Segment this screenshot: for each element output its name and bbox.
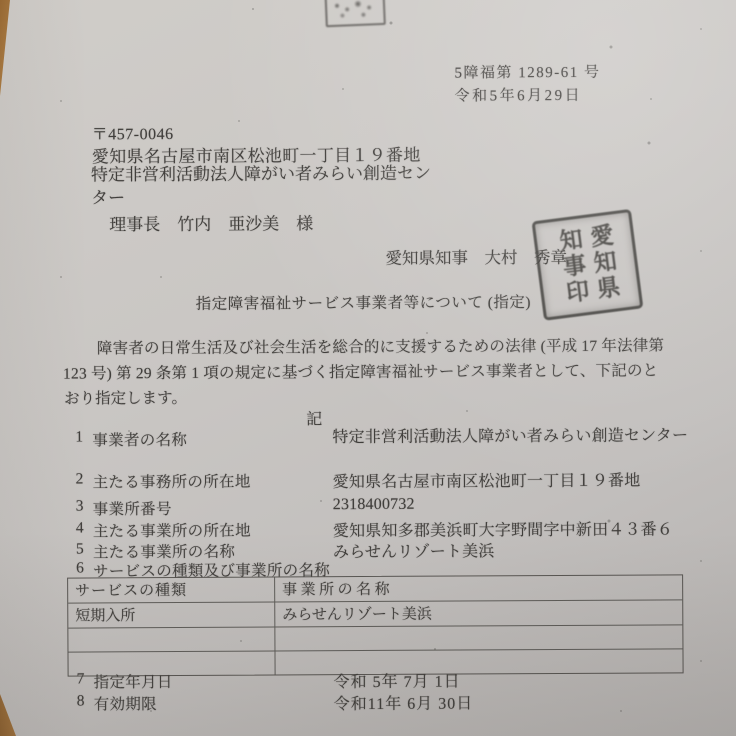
seal-column-left: 知事印	[554, 226, 590, 307]
item-number: 4	[76, 519, 84, 537]
item-label: 指定年月日	[94, 670, 173, 692]
issue-date: 令和5年6月29日	[455, 84, 583, 106]
subject-title: 指定障害福祉サービス事業者等について (指定)	[196, 290, 532, 314]
document-number: 5障福第 1289-61 号	[454, 61, 600, 83]
item-number: 7	[77, 670, 85, 688]
faint-receipt-stamp-icon	[324, 0, 385, 27]
table-row: 短期入所 みらせんリゾート美浜	[68, 599, 682, 627]
services-table: サービスの種類 事業所の名称 短期入所 みらせんリゾート美浜	[67, 574, 684, 676]
table-cell-service-type	[68, 627, 274, 651]
item-expiration-date: 8 有効期限 令和11年 6月 30日	[2, 689, 736, 715]
item-number: 8	[77, 692, 85, 710]
item-business-name: 1 事業者の名称 特定非営利活動法人障がい者みらい創造センター	[0, 425, 736, 451]
item-main-office-address: 2 主たる事務所の所在地 愛知県名古屋市南区松池町一丁目１９番地	[1, 467, 736, 493]
item-value: 令和11年 6月 30日	[334, 690, 474, 714]
paper-document: 5障福第 1289-61 号 令和5年6月29日 〒457-0046 愛知県名古…	[0, 0, 736, 736]
item-value: 令和 5年 7月 1日	[334, 669, 461, 693]
ki-heading: 記	[306, 406, 322, 429]
document-photo: 5障福第 1289-61 号 令和5年6月29日 〒457-0046 愛知県名古…	[0, 0, 736, 736]
body-line-1: 障害者の日常生活及び社会生活を総合的に支援するための法律 (平成 17 年法律第	[97, 333, 664, 358]
item-value: 愛知県名古屋市南区松池町一丁目１９番地	[333, 468, 641, 493]
item-value: 特定非営利活動法人障がい者みらい創造センター	[332, 425, 694, 449]
item-number: 1	[75, 428, 83, 446]
item-number: 6	[76, 559, 84, 577]
table-cell-office-name: みらせんリゾート美浜	[274, 600, 682, 626]
table-header-row: サービスの種類 事業所の名称	[68, 575, 682, 602]
seal-column-right: 愛知県	[585, 223, 621, 304]
item-label: 事業者の名称	[92, 428, 187, 450]
table-row	[68, 624, 682, 651]
body-line-3: おり指定します。	[64, 386, 187, 409]
item-label: 主たる事業所の所在地	[93, 519, 251, 542]
item-number: 3	[76, 497, 84, 515]
table-cell-office-name	[274, 625, 682, 650]
recipient-postal-code: 〒457-0046	[92, 121, 174, 144]
governor-official-seal-icon: 知事印 愛知県	[532, 209, 644, 321]
item-label: 主たる事務所の所在地	[93, 470, 251, 493]
recipient-organization: 特定非営利活動法人障がい者みらい創造センター	[91, 163, 443, 210]
item-value: 2318400732	[333, 496, 415, 514]
item-label: 事業所番号	[93, 497, 172, 519]
table-header-service-type: サービスの種類	[68, 577, 274, 602]
table-header-office-name: 事業所の名称	[274, 575, 682, 601]
recipient-addressee: 理事長 竹内 亜沙美 様	[109, 209, 313, 235]
table-cell-service-type: 短期入所	[68, 602, 274, 627]
body-line-2: 123 号) 第 29 条第 1 項の規定に基づく指定障害福祉サービス事業者とし…	[63, 358, 658, 383]
item-number: 2	[76, 470, 84, 488]
item-label: 有効期限	[94, 692, 157, 714]
item-number: 5	[76, 540, 84, 558]
